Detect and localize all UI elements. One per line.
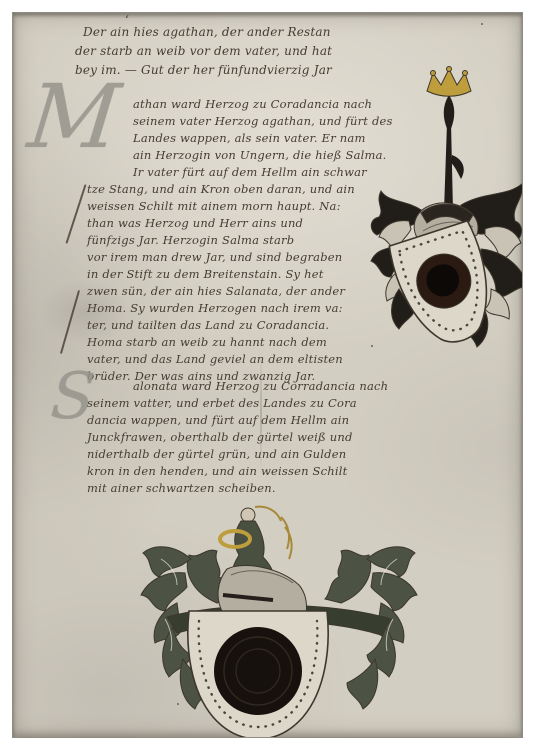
text-line: weissen Schilt mit ainem morn haupt. Na: (87, 198, 391, 215)
text-line: vater, und das Land geviel an dem eltist… (87, 351, 391, 368)
text-line: niderthalb der gürtel grün, und ain Guld… (87, 446, 399, 463)
text-line: mit ainer schwartzen scheiben. (87, 480, 399, 497)
text-line: Ir vater fürt auf dem Hellm ain schwar (87, 164, 391, 181)
staff-crest (427, 67, 471, 212)
text-line: Junckfrawen, oberthalb der gürtel weiß u… (87, 429, 399, 446)
paragraph-2: alonata ward Herzog zu Corradancia nach … (87, 378, 399, 497)
text-line: seinem vater Herzog agathan, und fürt de… (87, 113, 391, 130)
text-line: than was Herzog und Herr ains und (87, 215, 391, 232)
text-line: kron in den henden, und ain weissen Schi… (87, 463, 399, 480)
ink-speck (371, 345, 373, 347)
text-line: ter, und tailten das Land zu Coradancia. (87, 317, 391, 334)
text-line: dancia wappen, und fürt auf dem Hellm ai… (87, 412, 399, 429)
text-line: seinem vatter, und erbet des Landes zu C… (87, 395, 399, 412)
manuscript-page: ‘ Der ain hies agathan, der ander Restan… (12, 12, 523, 738)
black-staff (444, 123, 453, 211)
margin-quill-stroke (65, 184, 86, 244)
text-line: vor irem man drew Jar, und sind begraben (87, 249, 391, 266)
shield (188, 611, 328, 738)
coat-of-arms-top-right (365, 63, 523, 363)
maiden-head (241, 508, 255, 522)
text-line: in der Stift zu dem Breitenstain. Sy het (87, 266, 391, 283)
paragraph-1: athan ward Herzog zu Coradancia nach sei… (87, 96, 391, 385)
text-line: ain Herzogin von Ungern, die hieß Salma. (87, 147, 391, 164)
coat-of-arms-bottom (131, 499, 427, 738)
staff-pennant (451, 155, 464, 179)
black-roundel (214, 627, 302, 715)
text-line: athan ward Herzog zu Coradancia nach (87, 96, 391, 113)
text-line: Homa starb an weib zu hannt nach dem (87, 334, 391, 351)
ink-speck (481, 23, 483, 25)
text-line: alonata ward Herzog zu Corradancia nach (87, 378, 399, 395)
manuscript-scan: ‘ Der ain hies agathan, der ander Restan… (0, 0, 535, 750)
text-line: Homa. Sy wurden Herzogen nach irem va: (87, 300, 391, 317)
text-line: fünfzigs Jar. Herzogin Salma starb (87, 232, 391, 249)
text-line: tze Stang, und ain Kron oben daran, und … (87, 181, 391, 198)
text-line: Der ain hies agathan, der ander Restan (75, 23, 387, 42)
text-line: der starb an weib vor dem vater, und hat (75, 42, 387, 61)
text-line: zwen sün, der ain hies Salanata, der and… (87, 283, 391, 300)
text-line: Landes wappen, als sein vater. Er nam (87, 130, 391, 147)
ink-speck (177, 703, 179, 705)
